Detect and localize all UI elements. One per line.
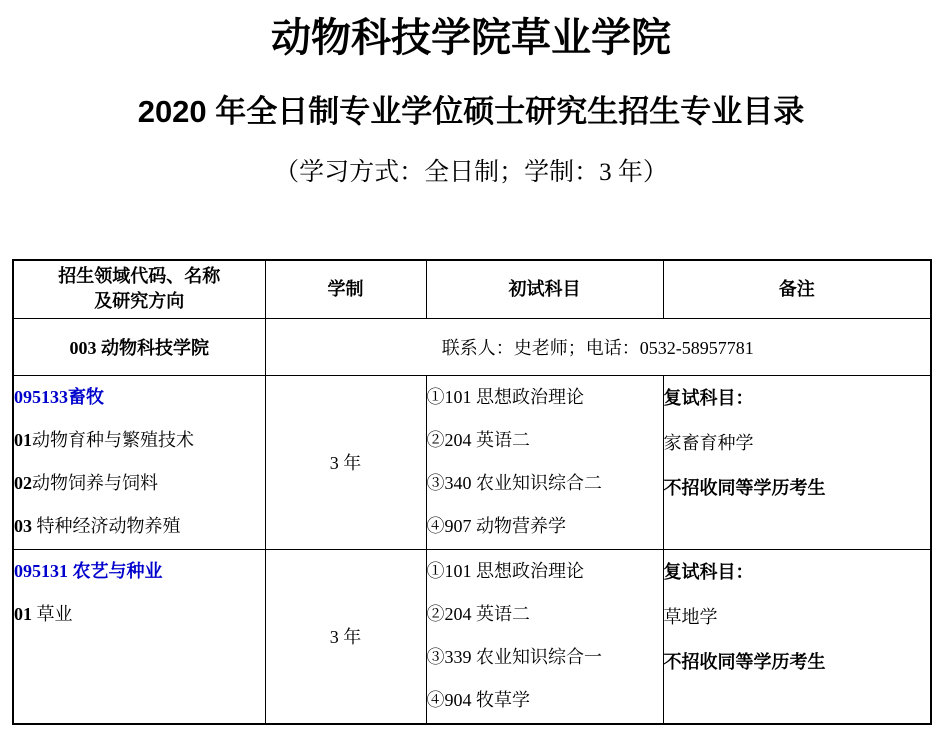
page-title: 动物科技学院草业学院 [0, 14, 942, 62]
document-page: 动物科技学院草业学院 2020 年全日制专业学位硕士研究生招生专业目录 （学习方… [0, 0, 942, 737]
program-field-cell: 095131 农艺与种业 01 草业 [13, 549, 265, 724]
program-row-095131: 095131 农艺与种业 01 草业 3 年 ①101 思想政治理论 ②204 … [13, 549, 931, 724]
exam-subject: ①101 思想政治理论 [427, 550, 663, 593]
program-code: 095133畜牧 [14, 376, 265, 419]
retest-subjects-label: 复试科目： [664, 550, 931, 595]
exam-subject: ④904 牧草学 [427, 679, 663, 722]
exam-subject: ②204 英语二 [427, 593, 663, 636]
research-direction: 01 草业 [14, 593, 265, 636]
exam-subject: ②204 英语二 [427, 419, 663, 462]
exam-subjects-cell: ①101 思想政治理论 ②204 英语二 ③339 农业知识综合一 ④904 牧… [426, 549, 663, 724]
exam-subject: ③340 农业知识综合二 [427, 462, 663, 505]
header-field-line2: 及研究方向 [14, 289, 265, 314]
direction-text: 动物育种与繁殖技术 [32, 430, 194, 450]
header-field-column: 招生领域代码、名称 及研究方向 [13, 260, 265, 318]
research-direction: 02动物饲养与饲料 [14, 462, 265, 505]
program-row-095133: 095133畜牧 01动物育种与繁殖技术 02动物饲养与饲料 03 特种经济动物… [13, 375, 931, 549]
program-code: 095131 农艺与种业 [14, 550, 265, 593]
retest-subject: 家畜育种学 [664, 421, 931, 466]
direction-number: 01 [14, 604, 32, 624]
header-field-line1: 招生领域代码、名称 [14, 264, 265, 289]
exam-subject: ④907 动物营养学 [427, 505, 663, 548]
remarks-cell: 复试科目： 家畜育种学 不招收同等学历考生 [663, 375, 931, 549]
college-row: 003 动物科技学院 联系人：史老师；电话：0532-58957781 [13, 318, 931, 375]
exam-subjects-cell: ①101 思想政治理论 ②204 英语二 ③340 农业知识综合二 ④907 动… [426, 375, 663, 549]
table-header-row: 招生领域代码、名称 及研究方向 学制 初试科目 备注 [13, 260, 931, 318]
header-remarks-column: 备注 [663, 260, 931, 318]
restriction-note: 不招收同等学历考生 [664, 466, 931, 511]
direction-number: 02 [14, 473, 32, 493]
program-field-cell: 095133畜牧 01动物育种与繁殖技术 02动物饲养与饲料 03 特种经济动物… [13, 375, 265, 549]
restriction-note: 不招收同等学历考生 [664, 640, 931, 685]
direction-text: 动物饲养与饲料 [32, 473, 158, 493]
direction-number: 03 [14, 516, 32, 536]
college-name: 003 动物科技学院 [13, 318, 265, 375]
header-exam-column: 初试科目 [426, 260, 663, 318]
research-direction: 01动物育种与繁殖技术 [14, 419, 265, 462]
research-direction: 03 特种经济动物养殖 [14, 505, 265, 548]
retest-subject: 草地学 [664, 595, 931, 640]
direction-number: 01 [14, 430, 32, 450]
college-contact: 联系人：史老师；电话：0532-58957781 [265, 318, 931, 375]
study-mode-note: （学习方式：全日制；学制：3 年） [0, 156, 942, 190]
exam-subject: ③339 农业知识综合一 [427, 636, 663, 679]
direction-text: 特种经济动物养殖 [32, 516, 181, 536]
admission-catalog-table: 招生领域代码、名称 及研究方向 学制 初试科目 备注 003 动物科技学院 联系… [12, 259, 932, 725]
page-subtitle: 2020 年全日制专业学位硕士研究生招生专业目录 [0, 93, 942, 131]
header-duration-column: 学制 [265, 260, 426, 318]
exam-subject: ①101 思想政治理论 [427, 376, 663, 419]
direction-text: 草业 [32, 604, 73, 624]
retest-subjects-label: 复试科目： [664, 376, 931, 421]
remarks-cell: 复试科目： 草地学 不招收同等学历考生 [663, 549, 931, 724]
program-duration: 3 年 [265, 549, 426, 724]
program-duration: 3 年 [265, 375, 426, 549]
